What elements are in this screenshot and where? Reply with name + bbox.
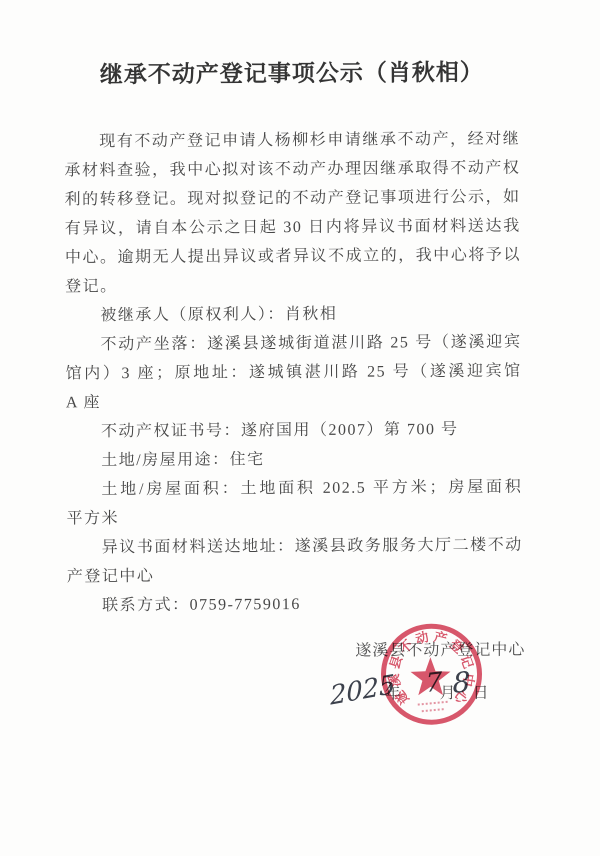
body-line: 馆内）3 座；原地址：遂城镇湛川路 25 号（遂溪迎宾馆内）	[66, 357, 522, 389]
document-content: 继承不动产登记事项公示（肖秋相） 现有不动产登记申请人杨柳杉申请继承不动产，经对…	[0, 0, 600, 856]
body-line: 登记。	[65, 270, 521, 302]
body-line: 土地/房屋用途：住宅	[66, 444, 522, 476]
body-line: 承材料查验，我中心拟对该不动产办理因继承取得不动产权	[64, 154, 520, 186]
svg-text:产: 产	[432, 629, 448, 647]
svg-text:动: 动	[414, 629, 430, 647]
body-line: A 座	[66, 386, 522, 418]
body-text: 现有不动产登记申请人杨柳杉申请继承不动产，经对继承材料查验，我中心拟对该不动产办…	[64, 125, 523, 621]
body-line: 中心。逾期无人提出异议或者异议不成立的，我中心将予以	[65, 241, 521, 273]
svg-text:溪: 溪	[386, 673, 403, 688]
body-line: 异议书面材料送达地址：遂溪县政务服务大厅二楼不动	[67, 531, 523, 563]
body-line: 土地/房屋面积：土地面积 202.5 平方米；房屋面积 97.2	[66, 473, 522, 505]
seal-star-icon	[410, 657, 450, 695]
body-line: 不动产坐落：遂溪县遂城街道湛川路 25 号（遂溪迎宾	[65, 328, 521, 360]
svg-text:中: 中	[460, 673, 477, 688]
body-line: 利的转移登记。现对拟登记的不动产登记事项进行公示，如	[65, 183, 521, 215]
document-title: 继承不动产登记事项公示（肖秋相）	[64, 57, 520, 90]
body-line: 不动产权证书号：遂府国用（2007）第 700 号	[66, 415, 522, 447]
body-line: 联系方式：0759-7759016	[67, 589, 523, 621]
svg-text:记: 记	[458, 653, 476, 670]
body-line: 被继承人（原权利人）：肖秋相	[65, 299, 521, 331]
body-line: 现有不动产登记申请人杨柳杉申请继承不动产，经对继	[64, 125, 520, 157]
document-page: 继承不动产登记事项公示（肖秋相） 现有不动产登记申请人杨柳杉申请继承不动产，经对…	[0, 0, 600, 856]
svg-text:县: 县	[387, 654, 405, 671]
body-line: 有异议，请自本公示之日起 30 日内将异议书面材料送达我	[65, 212, 521, 244]
body-line: 产登记中心	[67, 560, 523, 592]
body-line: 平方米	[66, 502, 522, 534]
